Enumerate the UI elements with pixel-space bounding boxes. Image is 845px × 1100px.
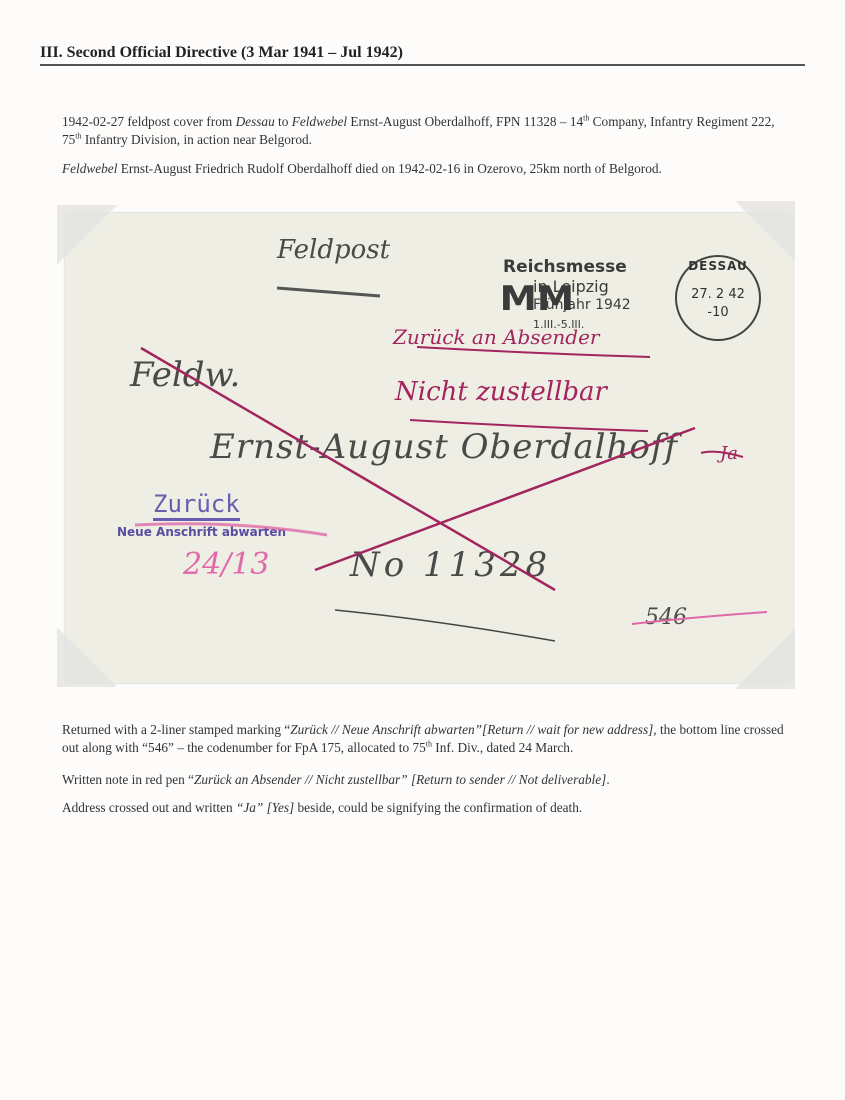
feldpost-cover-image: Feldpost MM Reichsmesse in Leipzig Frühj… [55, 195, 795, 695]
death-note-paragraph: Feldwebel Ernst-August Friedrich Rudolf … [62, 160, 792, 178]
section-header: III. Second Official Directive (3 Mar 19… [40, 44, 805, 66]
pen-strokes [55, 195, 795, 695]
intro-paragraph: 1942-02-27 feldpost cover from Dessau to… [62, 113, 792, 149]
page-title: III. Second Official Directive (3 Mar 19… [40, 44, 805, 62]
address-crossed-paragraph: Address crossed out and written “Ja” [Ye… [62, 799, 792, 817]
marking-description-paragraph: Returned with a 2-liner stamped marking … [62, 721, 792, 757]
red-pen-note-paragraph: Written note in red pen “Zurück an Absen… [62, 771, 792, 789]
